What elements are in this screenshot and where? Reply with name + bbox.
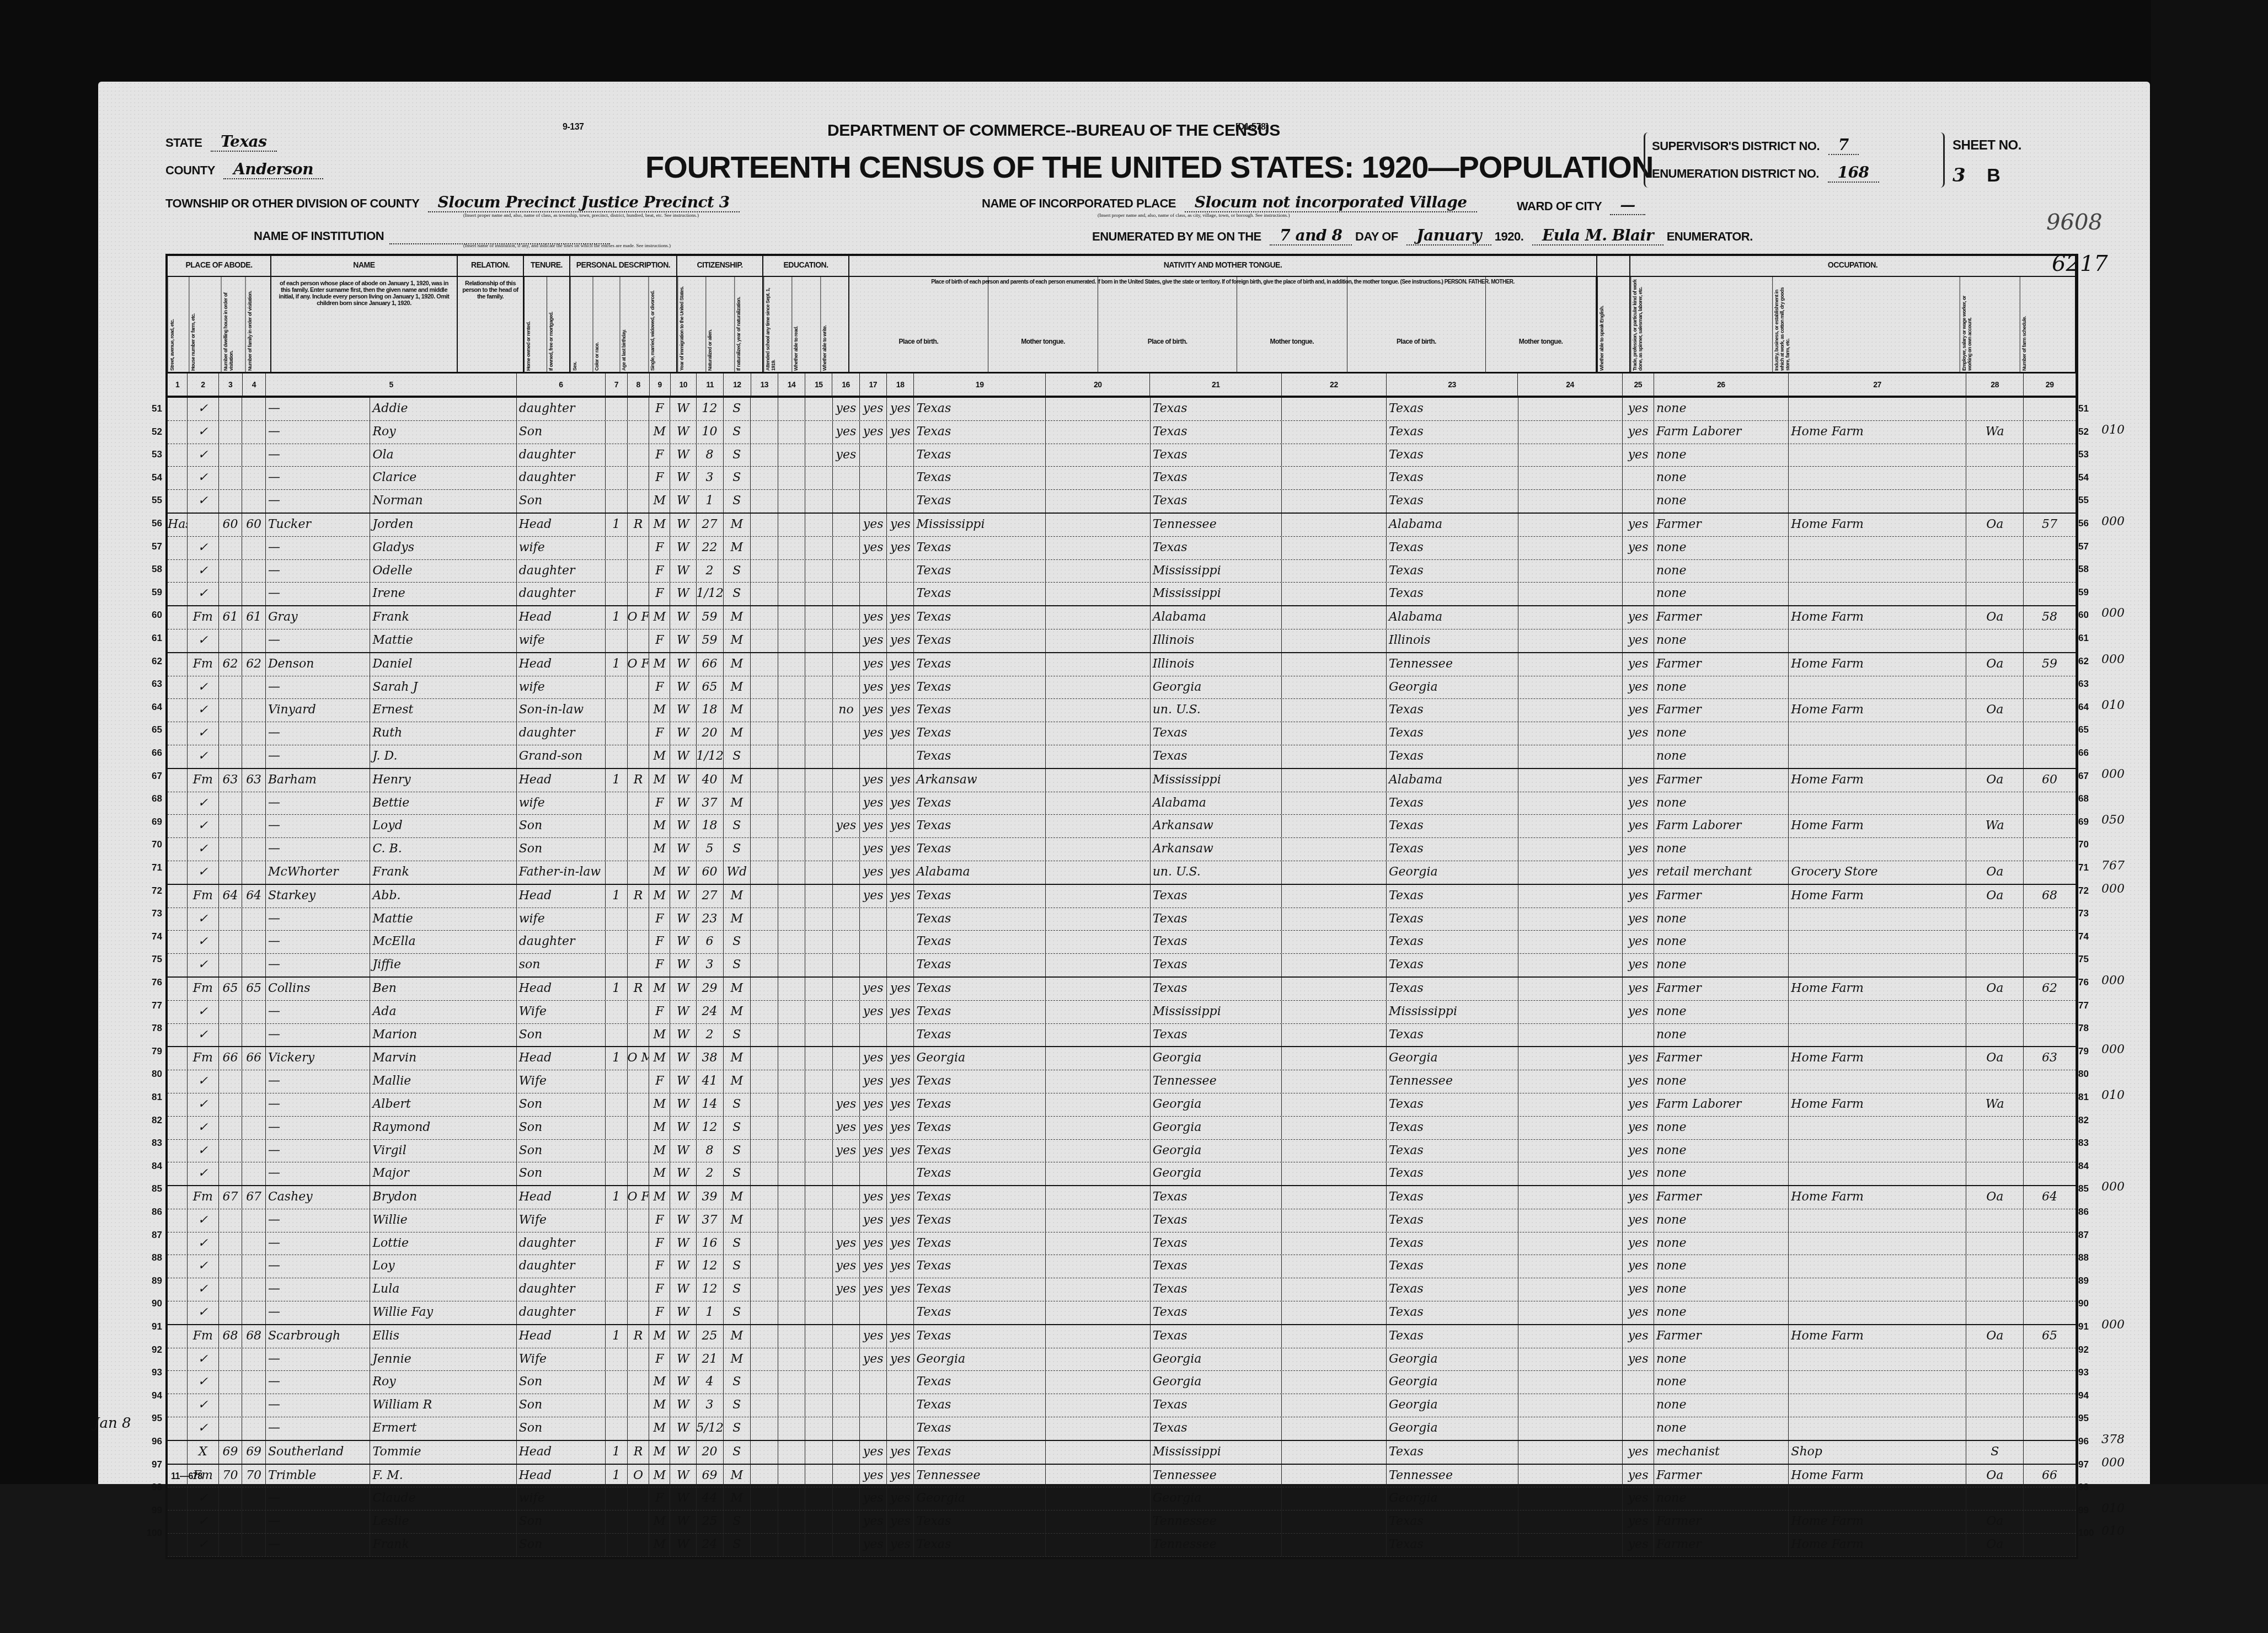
cell-father: Texas xyxy=(1151,398,1282,420)
cell-write: yes xyxy=(887,1093,914,1116)
cell-english xyxy=(1623,1417,1654,1440)
column-subheader: Color or race. xyxy=(592,277,619,373)
cell-mother: Texas xyxy=(1387,1162,1518,1185)
table-row: ✓—LoydSonMW18SyesyesyesTexasArkansawTexa… xyxy=(168,815,2076,838)
cell-age: 23 xyxy=(697,908,724,931)
cell-mt3 xyxy=(1518,1093,1623,1116)
cell-read xyxy=(860,560,887,583)
cell-school xyxy=(833,1394,860,1417)
cell-read: yes xyxy=(860,1534,887,1556)
table-row: ✓—ClaricedaughterFW3STexasTexasTexasnone xyxy=(168,467,2076,490)
cell-house: ✓ xyxy=(188,537,219,559)
cell-english: yes xyxy=(1623,1534,1654,1556)
cell-mt2 xyxy=(1282,931,1387,953)
cell-sex: M xyxy=(649,421,670,444)
occupation-code: 000 xyxy=(2101,974,2125,988)
occupation-code: 000 xyxy=(2101,1180,2125,1194)
cell-farm: 66 xyxy=(2024,1465,2076,1487)
cell-dwelling xyxy=(219,722,243,745)
cell-occupation: none xyxy=(1654,1278,1789,1301)
cell-street xyxy=(168,908,188,931)
table-row: ✓—MarionSonMW2STexasTexasTexasnone xyxy=(168,1024,2076,1048)
cell-mother: Tennessee xyxy=(1387,1465,1518,1487)
cell-mt1 xyxy=(1046,885,1151,908)
cell-industry xyxy=(1789,676,1966,699)
cell-sex: M xyxy=(649,1093,670,1116)
cell-birth: Texas xyxy=(914,722,1046,745)
cell-mt1 xyxy=(1046,722,1151,745)
cell-farm xyxy=(2024,398,2076,420)
cell-given: Lottie xyxy=(370,1232,516,1255)
cell-farm xyxy=(2024,861,2076,884)
cell-mother: Alabama xyxy=(1387,606,1518,629)
cell-mt2 xyxy=(1282,1117,1387,1139)
cell-english: yes xyxy=(1623,1070,1654,1093)
cell-home xyxy=(606,444,628,467)
cell-sex: M xyxy=(649,514,670,536)
cell-school xyxy=(833,490,860,513)
cell-mt3 xyxy=(1518,1441,1623,1464)
cell-family: 65 xyxy=(242,978,266,1000)
cell-mother: Texas xyxy=(1387,1209,1518,1232)
cell-mother: Texas xyxy=(1387,1325,1518,1348)
cell-age: 37 xyxy=(697,1209,724,1232)
cell-age: 29 xyxy=(697,978,724,1000)
cell-english: yes xyxy=(1623,885,1654,908)
cell-age: 12 xyxy=(697,1255,724,1278)
cell-mt1 xyxy=(1046,978,1151,1000)
cell-dwelling xyxy=(219,1024,243,1047)
column-group-title: EDUCATION. xyxy=(763,256,848,277)
cell-nat xyxy=(778,1394,806,1417)
cell-race: W xyxy=(670,606,696,629)
cell-dwelling: 66 xyxy=(219,1047,243,1070)
cell-mt1 xyxy=(1046,1024,1151,1047)
cell-natyr xyxy=(805,1465,833,1487)
cell-birth: Texas xyxy=(914,1117,1046,1139)
cell-industry xyxy=(1789,1417,1966,1440)
cell-read: yes xyxy=(860,1441,887,1464)
cell-school xyxy=(833,722,860,745)
enumeration-date-field: ENUMERATED BY ME ON THE 7 and 8 DAY OF J… xyxy=(1092,226,1753,244)
cell-race: W xyxy=(670,1441,696,1464)
cell-read xyxy=(860,1417,887,1440)
cell-age: 18 xyxy=(697,699,724,722)
cell-home xyxy=(606,676,628,699)
cell-family: 69 xyxy=(242,1441,266,1464)
cell-nat xyxy=(778,629,806,652)
column-subheader: Naturalized or alien. xyxy=(705,277,734,373)
cell-father: Texas xyxy=(1151,978,1282,1000)
cell-father: Texas xyxy=(1151,444,1282,467)
cell-read: yes xyxy=(860,722,887,745)
cell-house: ✓ xyxy=(188,1001,219,1023)
line-number-right: 56 xyxy=(2078,518,2089,529)
cell-mt1 xyxy=(1046,1117,1151,1139)
cell-street xyxy=(168,954,188,976)
cell-english: yes xyxy=(1623,931,1654,953)
table-row: ✓—AlbertSonMW14SyesyesyesTexasGeorgiaTex… xyxy=(168,1093,2076,1117)
line-number-left: 73 xyxy=(142,908,162,919)
cell-surname: Denson xyxy=(266,653,371,676)
cell-mother: Tennessee xyxy=(1387,653,1518,676)
cell-birth: Texas xyxy=(914,1186,1046,1209)
cell-nat xyxy=(778,1417,806,1440)
table-row: ✓—OdelledaughterFW2STexasMississippiTexa… xyxy=(168,560,2076,583)
line-number-left: 51 xyxy=(142,403,162,414)
cell-occupation: none xyxy=(1654,1209,1789,1232)
cell-surname: — xyxy=(266,490,371,513)
cell-dwelling xyxy=(219,861,243,884)
cell-imm xyxy=(751,745,778,768)
cell-class: Wa xyxy=(1966,1093,2024,1116)
cell-class xyxy=(1966,1348,2024,1371)
cell-marital: M xyxy=(724,1209,751,1232)
cell-occupation: none xyxy=(1654,537,1789,559)
cell-father: Georgia xyxy=(1151,1093,1282,1116)
cell-owned xyxy=(628,815,650,837)
cell-birth: Texas xyxy=(914,583,1046,605)
cell-farm xyxy=(2024,1417,2076,1440)
cell-given: Irene xyxy=(370,583,516,605)
cell-owned: R xyxy=(628,1325,650,1348)
cell-race: W xyxy=(670,722,696,745)
cell-english: yes xyxy=(1623,653,1654,676)
cell-age: 40 xyxy=(697,769,724,792)
cell-race: W xyxy=(670,769,696,792)
table-row: ✓—WillieWifeFW37MyesyesTexasTexasTexasye… xyxy=(168,1209,2076,1232)
cell-home xyxy=(606,815,628,837)
cell-natyr xyxy=(805,537,833,559)
cell-given: Roy xyxy=(370,1371,516,1394)
cell-school xyxy=(833,1209,860,1232)
cell-relation: Grand-son xyxy=(517,745,606,768)
cell-family xyxy=(242,838,266,861)
cell-relation: Son xyxy=(517,1394,606,1417)
cell-age: 14 xyxy=(697,1093,724,1116)
cell-owned xyxy=(628,838,650,861)
table-row: ✓—ErmertSonMW5/12STexasTexasGeorgianone xyxy=(168,1417,2076,1441)
cell-race: W xyxy=(670,931,696,953)
table-row: ✓—MattiewifeFW23MTexasTexasTexasyesnone xyxy=(168,908,2076,931)
cell-dwelling xyxy=(219,467,243,489)
cell-nat xyxy=(778,1441,806,1464)
cell-given: Jennie xyxy=(370,1348,516,1371)
line-number-left: 97 xyxy=(142,1459,162,1470)
cell-given: Daniel xyxy=(370,653,516,676)
cell-street xyxy=(168,1093,188,1116)
line-number-right: 70 xyxy=(2078,839,2089,850)
cell-natyr xyxy=(805,1186,833,1209)
cell-home xyxy=(606,1371,628,1394)
column-number: 10 xyxy=(671,373,697,396)
cell-birth: Mississippi xyxy=(914,514,1046,536)
township-label: TOWNSHIP OR OTHER DIVISION OF COUNTY xyxy=(165,196,419,210)
cell-mt1 xyxy=(1046,1325,1151,1348)
column-subheader: Sex. xyxy=(570,277,592,373)
cell-mt1 xyxy=(1046,838,1151,861)
cell-surname: — xyxy=(266,838,371,861)
cell-imm xyxy=(751,490,778,513)
cell-owned xyxy=(628,1301,650,1324)
line-number-right: 78 xyxy=(2078,1023,2089,1034)
cell-mt1 xyxy=(1046,1487,1151,1510)
cell-sex: M xyxy=(649,838,670,861)
cell-birth: Texas xyxy=(914,467,1046,489)
cell-birth: Alabama xyxy=(914,861,1046,884)
cell-house: Fm xyxy=(188,1047,219,1070)
cell-class xyxy=(1966,745,2024,768)
cell-marital: M xyxy=(724,537,751,559)
cell-school xyxy=(833,885,860,908)
cell-given: Mallie xyxy=(370,1070,516,1093)
cell-farm xyxy=(2024,699,2076,722)
enumerated-days: 7 and 8 xyxy=(1270,226,1352,246)
cell-class: Oa xyxy=(1966,699,2024,722)
cell-nat xyxy=(778,1371,806,1394)
cell-street xyxy=(168,583,188,605)
cell-father: Arkansaw xyxy=(1151,815,1282,837)
cell-school xyxy=(833,1534,860,1556)
cell-imm xyxy=(751,1209,778,1232)
cell-school xyxy=(833,606,860,629)
cell-mt1 xyxy=(1046,1441,1151,1464)
cell-family: 66 xyxy=(242,1047,266,1070)
cell-write: yes xyxy=(887,629,914,652)
cell-industry xyxy=(1789,908,1966,931)
cell-natyr xyxy=(805,1325,833,1348)
cell-imm xyxy=(751,1487,778,1510)
cell-farm xyxy=(2024,1255,2076,1278)
cell-dwelling xyxy=(219,676,243,699)
cell-mt2 xyxy=(1282,1186,1387,1209)
cell-race: W xyxy=(670,1325,696,1348)
cell-given: Virgil xyxy=(370,1140,516,1162)
cell-write xyxy=(887,1301,914,1324)
cell-relation: daughter xyxy=(517,1278,606,1301)
cell-father: Alabama xyxy=(1151,606,1282,629)
cell-mt1 xyxy=(1046,861,1151,884)
cell-industry xyxy=(1789,1117,1966,1139)
cell-father: Texas xyxy=(1151,1186,1282,1209)
cell-farm xyxy=(2024,1511,2076,1533)
cell-occupation: none xyxy=(1654,1487,1789,1510)
cell-age: 4 xyxy=(697,1371,724,1394)
cell-home: 1 xyxy=(606,514,628,536)
line-number-left: 83 xyxy=(142,1138,162,1149)
cell-mt1 xyxy=(1046,1232,1151,1255)
cell-class: Oa xyxy=(1966,885,2024,908)
column-number: 6 xyxy=(517,373,606,396)
cell-race: W xyxy=(670,861,696,884)
cell-occupation: none xyxy=(1654,467,1789,489)
cell-owned xyxy=(628,1255,650,1278)
cell-marital: S xyxy=(724,745,751,768)
cell-given: Marvin xyxy=(370,1047,516,1070)
cell-age: 38 xyxy=(697,1047,724,1070)
line-number-left: 100 xyxy=(142,1528,162,1539)
cell-house: Fm xyxy=(188,1186,219,1209)
cell-home xyxy=(606,1070,628,1093)
cell-family: 67 xyxy=(242,1186,266,1209)
cell-marital: S xyxy=(724,444,751,467)
cell-occupation: mechanist xyxy=(1654,1441,1789,1464)
cell-marital: M xyxy=(724,1047,751,1070)
cell-read: yes xyxy=(860,398,887,420)
column-group-title: CITIZENSHIP. xyxy=(677,256,762,277)
cell-street xyxy=(168,1511,188,1533)
cell-mt1 xyxy=(1046,490,1151,513)
cell-street xyxy=(168,861,188,884)
cell-house xyxy=(188,514,219,536)
line-number-left: 62 xyxy=(142,656,162,667)
cell-race: W xyxy=(670,1394,696,1417)
cell-marital: S xyxy=(724,1394,751,1417)
cell-owned xyxy=(628,1001,650,1023)
cell-mother: Georgia xyxy=(1387,1371,1518,1394)
line-number-right: 61 xyxy=(2078,633,2089,644)
line-number-right: 68 xyxy=(2078,793,2089,804)
cell-school xyxy=(833,1441,860,1464)
cell-read xyxy=(860,1394,887,1417)
cell-mother: Georgia xyxy=(1387,676,1518,699)
cell-mt2 xyxy=(1282,583,1387,605)
cell-street xyxy=(168,1371,188,1394)
cell-occupation: Farmer xyxy=(1654,1511,1789,1533)
cell-nat xyxy=(778,838,806,861)
cell-imm xyxy=(751,1117,778,1139)
cell-family: 60 xyxy=(242,514,266,536)
cell-write xyxy=(887,1394,914,1417)
cell-imm xyxy=(751,722,778,745)
cell-occupation: none xyxy=(1654,954,1789,976)
cell-birth: Tennessee xyxy=(914,1465,1046,1487)
cell-dwelling xyxy=(219,1140,243,1162)
cell-nat xyxy=(778,1209,806,1232)
cell-class: Oa xyxy=(1966,653,2024,676)
cell-industry xyxy=(1789,1371,1966,1394)
cell-surname: — xyxy=(266,1255,371,1278)
cell-write xyxy=(887,1162,914,1185)
cell-industry: Home Farm xyxy=(1789,978,1966,1000)
cell-read: yes xyxy=(860,885,887,908)
cell-surname: — xyxy=(266,1534,371,1556)
cell-farm xyxy=(2024,467,2076,489)
cell-birth: Arkansaw xyxy=(914,769,1046,792)
cell-house: ✓ xyxy=(188,1487,219,1510)
cell-relation: Head xyxy=(517,1465,606,1487)
cell-given: Abb. xyxy=(370,885,516,908)
cell-read: yes xyxy=(860,1140,887,1162)
cell-given: Marion xyxy=(370,1024,516,1047)
line-number-right: 60 xyxy=(2078,610,2089,621)
cell-marital: M xyxy=(724,629,751,652)
cell-house: ✓ xyxy=(188,1348,219,1371)
cell-street xyxy=(168,537,188,559)
cell-surname: Scarbrough xyxy=(266,1325,371,1348)
cell-dwelling xyxy=(219,1093,243,1116)
cell-industry xyxy=(1789,467,1966,489)
cell-sex: M xyxy=(649,1441,670,1464)
cell-given: Frank xyxy=(370,861,516,884)
cell-read: yes xyxy=(860,629,887,652)
column-number: 3 xyxy=(219,373,243,396)
cell-relation: Son xyxy=(517,1117,606,1139)
cell-house: ✓ xyxy=(188,1232,219,1255)
cell-school: yes xyxy=(833,1140,860,1162)
cell-given: Bettie xyxy=(370,792,516,815)
cell-natyr xyxy=(805,1117,833,1139)
sheet-label: SHEET NO. xyxy=(1953,138,2021,153)
cell-imm xyxy=(751,1348,778,1371)
column-number: 20 xyxy=(1046,373,1150,396)
cell-industry xyxy=(1789,838,1966,861)
cell-dwelling xyxy=(219,1001,243,1023)
cell-natyr xyxy=(805,931,833,953)
cell-father: Texas xyxy=(1151,885,1282,908)
cell-given: Sarah J xyxy=(370,676,516,699)
line-number-left: 69 xyxy=(142,816,162,828)
cell-nat xyxy=(778,908,806,931)
line-number-right: 80 xyxy=(2078,1069,2089,1080)
column-number: 21 xyxy=(1150,373,1282,396)
cell-nat xyxy=(778,606,806,629)
cell-mother: Georgia xyxy=(1387,861,1518,884)
line-number-left: 52 xyxy=(142,426,162,437)
column-number: 13 xyxy=(751,373,778,396)
cell-natyr xyxy=(805,629,833,652)
cell-farm xyxy=(2024,1487,2076,1510)
line-number-right: 95 xyxy=(2078,1413,2089,1424)
line-number-left: 75 xyxy=(142,954,162,965)
line-number-right: 63 xyxy=(2078,679,2089,690)
cell-occupation: Farmer xyxy=(1654,978,1789,1000)
cell-occupation: none xyxy=(1654,1140,1789,1162)
cell-nat xyxy=(778,676,806,699)
cell-relation: Son xyxy=(517,1140,606,1162)
cell-imm xyxy=(751,815,778,837)
line-number-left: 61 xyxy=(142,633,162,644)
cell-school xyxy=(833,1047,860,1070)
cell-class: Oa xyxy=(1966,1325,2024,1348)
column-subheader: Street, avenue, road, etc. xyxy=(168,277,189,373)
cell-race: W xyxy=(670,490,696,513)
cell-farm xyxy=(2024,745,2076,768)
cell-farm: 59 xyxy=(2024,653,2076,676)
cell-dwelling: 65 xyxy=(219,978,243,1000)
cell-father: Tennessee xyxy=(1151,1511,1282,1533)
cell-surname: Vinyard xyxy=(266,699,371,722)
cell-house: ✓ xyxy=(188,467,219,489)
cell-mt3 xyxy=(1518,931,1623,953)
line-number-left: 87 xyxy=(142,1230,162,1241)
cell-imm xyxy=(751,560,778,583)
cell-mt3 xyxy=(1518,583,1623,605)
cell-birth: Georgia xyxy=(914,1487,1046,1510)
cell-house: ✓ xyxy=(188,1162,219,1185)
cell-relation: wife xyxy=(517,537,606,559)
cell-read xyxy=(860,490,887,513)
cell-owned: R xyxy=(628,978,650,1000)
cell-mt1 xyxy=(1046,1162,1151,1185)
cell-write: yes xyxy=(887,722,914,745)
cell-race: W xyxy=(670,838,696,861)
cell-mother: Texas xyxy=(1387,954,1518,976)
cell-natyr xyxy=(805,676,833,699)
cell-farm xyxy=(2024,722,2076,745)
cell-dwelling xyxy=(219,954,243,976)
cell-street xyxy=(168,1255,188,1278)
